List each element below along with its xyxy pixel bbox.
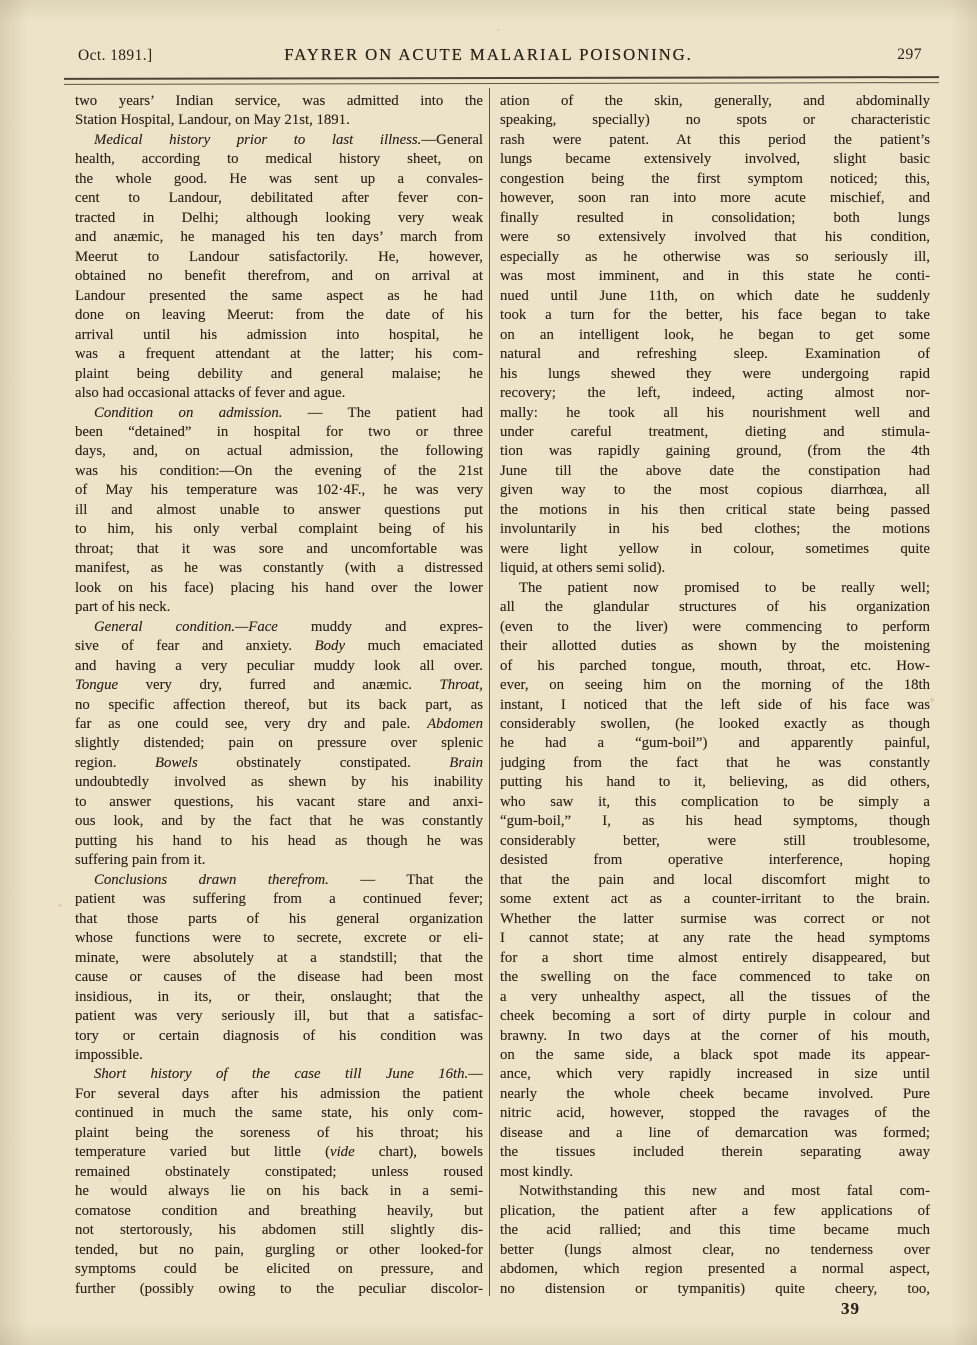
text-line: June till the above date the constipatio… bbox=[500, 462, 930, 481]
text-line: ation of the skin, generally, and abdomi… bbox=[500, 92, 930, 111]
text-line: putting his hand to his head as though h… bbox=[75, 832, 483, 851]
text-line: “gum-boil,” I, as his head symptoms, tho… bbox=[500, 812, 930, 831]
text-line: patient was suffering from a continued f… bbox=[75, 890, 483, 909]
text-line: given way to the most copious diarrhœa, … bbox=[500, 481, 930, 500]
text-line: the tissues included therein separating … bbox=[500, 1143, 930, 1162]
text-line: throat; that it was sore and uncomfortab… bbox=[75, 540, 483, 559]
text-line: desisted from operative interference, ho… bbox=[500, 851, 930, 870]
text-line: insidious, in its, or their, onslaught; … bbox=[75, 988, 483, 1007]
text-line: took a turn for the better, his face beg… bbox=[500, 306, 930, 325]
text-line: disease and a line of demarcation was fo… bbox=[500, 1124, 930, 1143]
text-line: abdomen, which region presented a normal… bbox=[500, 1260, 930, 1279]
text-line: tracted in Delhi; although looking very … bbox=[75, 209, 483, 228]
text-line: comatose condition and breathing heavily… bbox=[75, 1202, 483, 1221]
text-line: region. Bowels obstinately constipated. … bbox=[75, 754, 483, 773]
text-line: manifest, as he was constantly (with a d… bbox=[75, 559, 483, 578]
text-line: on the same side, a black spot made its … bbox=[500, 1046, 930, 1065]
text-line: recovery; the left, indeed, acting almos… bbox=[500, 384, 930, 403]
text-line: a very unhealthy aspect, all the tissues… bbox=[500, 988, 930, 1007]
text-line: the motions in his then critical state b… bbox=[500, 501, 930, 520]
text-line: congestion being the first symptom notic… bbox=[500, 170, 930, 189]
text-line: cause or causes of the disease had been … bbox=[75, 968, 483, 987]
text-line: Short history of the case till June 16th… bbox=[75, 1065, 483, 1084]
text-line: all the glandular structures of his orga… bbox=[500, 598, 930, 617]
text-line: cent to Landour, debilitated after fever… bbox=[75, 189, 483, 208]
text-line: plaint being debility and general malais… bbox=[75, 365, 483, 384]
text-line: lungs became extensively involved, sligh… bbox=[500, 150, 930, 169]
text-line: (even to the liver) were commencing to p… bbox=[500, 618, 930, 637]
text-line: nitric acid, however, stopped the ravage… bbox=[500, 1104, 930, 1123]
text-line: and anæmic, he managed his ten days’ mar… bbox=[75, 228, 483, 247]
text-line: Condition on admission. — The patient ha… bbox=[75, 404, 483, 423]
text-line: and having a very peculiar muddy look al… bbox=[75, 657, 483, 676]
text-line: days, and, on actual admission, the foll… bbox=[75, 442, 483, 461]
text-line: considerably swollen, (he looked exactly… bbox=[500, 715, 930, 734]
text-line: tion was rapidly gaining ground, (from t… bbox=[500, 442, 930, 461]
text-line: nearly the whole cheek became involved. … bbox=[500, 1085, 930, 1104]
text-line: I cannot state; at any rate the head sym… bbox=[500, 929, 930, 948]
text-line: on an intelligent look, he began to get … bbox=[500, 326, 930, 345]
header-double-rule bbox=[64, 76, 939, 85]
text-line: General condition.—Face muddy and expres… bbox=[75, 618, 483, 637]
text-line: Whether the latter surmise was correct o… bbox=[500, 910, 930, 929]
text-line: slightly distended; pain on pressure ove… bbox=[75, 734, 483, 753]
text-line: The patient now promised to be really we… bbox=[500, 579, 930, 598]
text-line: minate, were absolutely at a standstill;… bbox=[75, 949, 483, 968]
text-line: were so extensively involved that his co… bbox=[500, 228, 930, 247]
text-line: speaking, specially) no spots or charact… bbox=[500, 111, 930, 130]
text-line: was most imminent, and in this state he … bbox=[500, 267, 930, 286]
text-line: patient was very seriously ill, but that… bbox=[75, 1007, 483, 1026]
text-line: undoubtedly involved as shewn by his ina… bbox=[75, 773, 483, 792]
text-line: instant, I noticed that the left side of… bbox=[500, 696, 930, 715]
text-line: no specific affection thereof, but its b… bbox=[75, 696, 483, 715]
text-line: far as one could see, very dry and pale.… bbox=[75, 715, 483, 734]
scanned-journal-page: Oct. 1891.] FAYRER ON ACUTE MALARIAL POI… bbox=[0, 0, 977, 1345]
text-line: Tongue very dry, furred and anæmic. Thro… bbox=[75, 676, 483, 695]
text-line: the acid rallied; and this time became m… bbox=[500, 1221, 930, 1240]
text-line: plication, the patient after a few appli… bbox=[500, 1202, 930, 1221]
text-line: plaint being the soreness of his throat;… bbox=[75, 1124, 483, 1143]
text-line: sive of fear and anxiety. Body much emac… bbox=[75, 637, 483, 656]
column-left: two years’ Indian service, was admitted … bbox=[75, 92, 483, 1299]
text-line: considerably better, were still troubles… bbox=[500, 832, 930, 851]
text-line: suffering pain from it. bbox=[75, 851, 483, 870]
text-line: continued in much the same state, his on… bbox=[75, 1104, 483, 1123]
text-line: arrival until his admission into hospita… bbox=[75, 326, 483, 345]
text-line: Landour presented the same aspect as he … bbox=[75, 287, 483, 306]
text-line: further (possibly owing to the peculiar … bbox=[75, 1280, 483, 1299]
text-line: not stertorously, his abdomen still slig… bbox=[75, 1221, 483, 1240]
text-line: health, according to medical history she… bbox=[75, 150, 483, 169]
text-line: look on his face) placing his hand over … bbox=[75, 579, 483, 598]
text-line: brawny. In two days at the corner of his… bbox=[500, 1027, 930, 1046]
text-line: ill and almost unable to answer question… bbox=[75, 501, 483, 520]
text-line: Meerut to Landour satisfactorily. He, ho… bbox=[75, 248, 483, 267]
text-line: also had occasional attacks of fever and… bbox=[75, 384, 483, 403]
text-line: putting his hand to it, believing, as di… bbox=[500, 773, 930, 792]
text-line: temperature varied but little (vide char… bbox=[75, 1143, 483, 1162]
text-line: were light yellow in colour, sometimes q… bbox=[500, 540, 930, 559]
text-line: symptoms could be elicited on pressure, … bbox=[75, 1260, 483, 1279]
text-line: nued until June 11th, on which date he s… bbox=[500, 287, 930, 306]
text-line: better (lungs almost clear, no tendernes… bbox=[500, 1241, 930, 1260]
running-title: FAYRER ON ACUTE MALARIAL POISONING. bbox=[0, 45, 977, 65]
text-line: cheek becoming a sort of dirty purple in… bbox=[500, 1007, 930, 1026]
text-line: that those parts of his general organiza… bbox=[75, 910, 483, 929]
text-line: impossible. bbox=[75, 1046, 483, 1065]
text-line: tory or certain diagnosis of his conditi… bbox=[75, 1027, 483, 1046]
text-line: he had a “gum-boil”) and apparently pain… bbox=[500, 734, 930, 753]
text-line: was his condition:—On the evening of the… bbox=[75, 462, 483, 481]
text-line: liquid, at others semi solid). bbox=[500, 559, 930, 578]
text-line: Conclusions drawn therefrom. — That the bbox=[75, 871, 483, 890]
text-line: his lungs shewed they were undergoing ra… bbox=[500, 365, 930, 384]
text-line: no distension or tympanitis) quite cheer… bbox=[500, 1280, 930, 1299]
text-line: their allotted duties as shown by the mo… bbox=[500, 637, 930, 656]
text-line: to answer questions, his vacant stare an… bbox=[75, 793, 483, 812]
text-line: ance, which very rapidly increased in si… bbox=[500, 1065, 930, 1084]
text-line: the swelling on the face commenced to ta… bbox=[500, 968, 930, 987]
text-line: done on leaving Meerut: from the date of… bbox=[75, 306, 483, 325]
text-line: For several days after his admission the… bbox=[75, 1085, 483, 1104]
text-line: finally resulted in consolidation; both … bbox=[500, 209, 930, 228]
text-line: natural and refreshing sleep. Examinatio… bbox=[500, 345, 930, 364]
text-line: whose functions were to secrete, excrete… bbox=[75, 929, 483, 948]
text-line: two years’ Indian service, was admitted … bbox=[75, 92, 483, 111]
text-line: that the pain and local discomfort might… bbox=[500, 871, 930, 890]
text-line: ever, on seeing him on the morning of th… bbox=[500, 676, 930, 695]
text-line: judging from the fact that he was consta… bbox=[500, 754, 930, 773]
text-line: Medical history prior to last illness.—G… bbox=[75, 131, 483, 150]
text-line: of his parched tongue, mouth, throat, et… bbox=[500, 657, 930, 676]
text-line: mally: he took all his nourishment well … bbox=[500, 404, 930, 423]
page-number: 297 bbox=[897, 46, 922, 64]
text-line: ous look, and by the fact that he was co… bbox=[75, 812, 483, 831]
text-line: he would always lie on his back in a sem… bbox=[75, 1182, 483, 1201]
column-divider-rule bbox=[489, 88, 490, 1296]
text-line: was a frequent attendant at the latter; … bbox=[75, 345, 483, 364]
text-line: to him, his only verbal complaint being … bbox=[75, 520, 483, 539]
signature-number: 39 bbox=[841, 1299, 860, 1319]
text-line: most kindly. bbox=[500, 1163, 930, 1182]
text-line: some extent act as a counter-irritant to… bbox=[500, 890, 930, 909]
text-line: tended, but no pain, gurgling or other l… bbox=[75, 1241, 483, 1260]
text-line: rash were patent. At this period the pat… bbox=[500, 131, 930, 150]
text-line: Station Hospital, Landour, on May 21st, … bbox=[75, 111, 483, 130]
text-line: under careful treatment, dieting and sti… bbox=[500, 423, 930, 442]
text-line: of May his temperature was 102·4F., he w… bbox=[75, 481, 483, 500]
text-line: for a short time almost entirely disappe… bbox=[500, 949, 930, 968]
text-line: the whole good. He was sent up a convale… bbox=[75, 170, 483, 189]
text-line: been “detained” in hospital for two or t… bbox=[75, 423, 483, 442]
text-line: especially as he otherwise was so seriou… bbox=[500, 248, 930, 267]
text-line: Notwithstanding this new and most fatal … bbox=[500, 1182, 930, 1201]
text-line: obtained no benefit therefrom, and on ar… bbox=[75, 267, 483, 286]
text-line: however, soon ran into more acute mischi… bbox=[500, 189, 930, 208]
text-line: part of his neck. bbox=[75, 598, 483, 617]
text-line: who saw it, this complication to be simp… bbox=[500, 793, 930, 812]
text-line: involuntarily in his bed clothes; the mo… bbox=[500, 520, 930, 539]
text-line: remained obstinately constipated; unless… bbox=[75, 1163, 483, 1182]
column-right: ation of the skin, generally, and abdomi… bbox=[500, 92, 930, 1299]
